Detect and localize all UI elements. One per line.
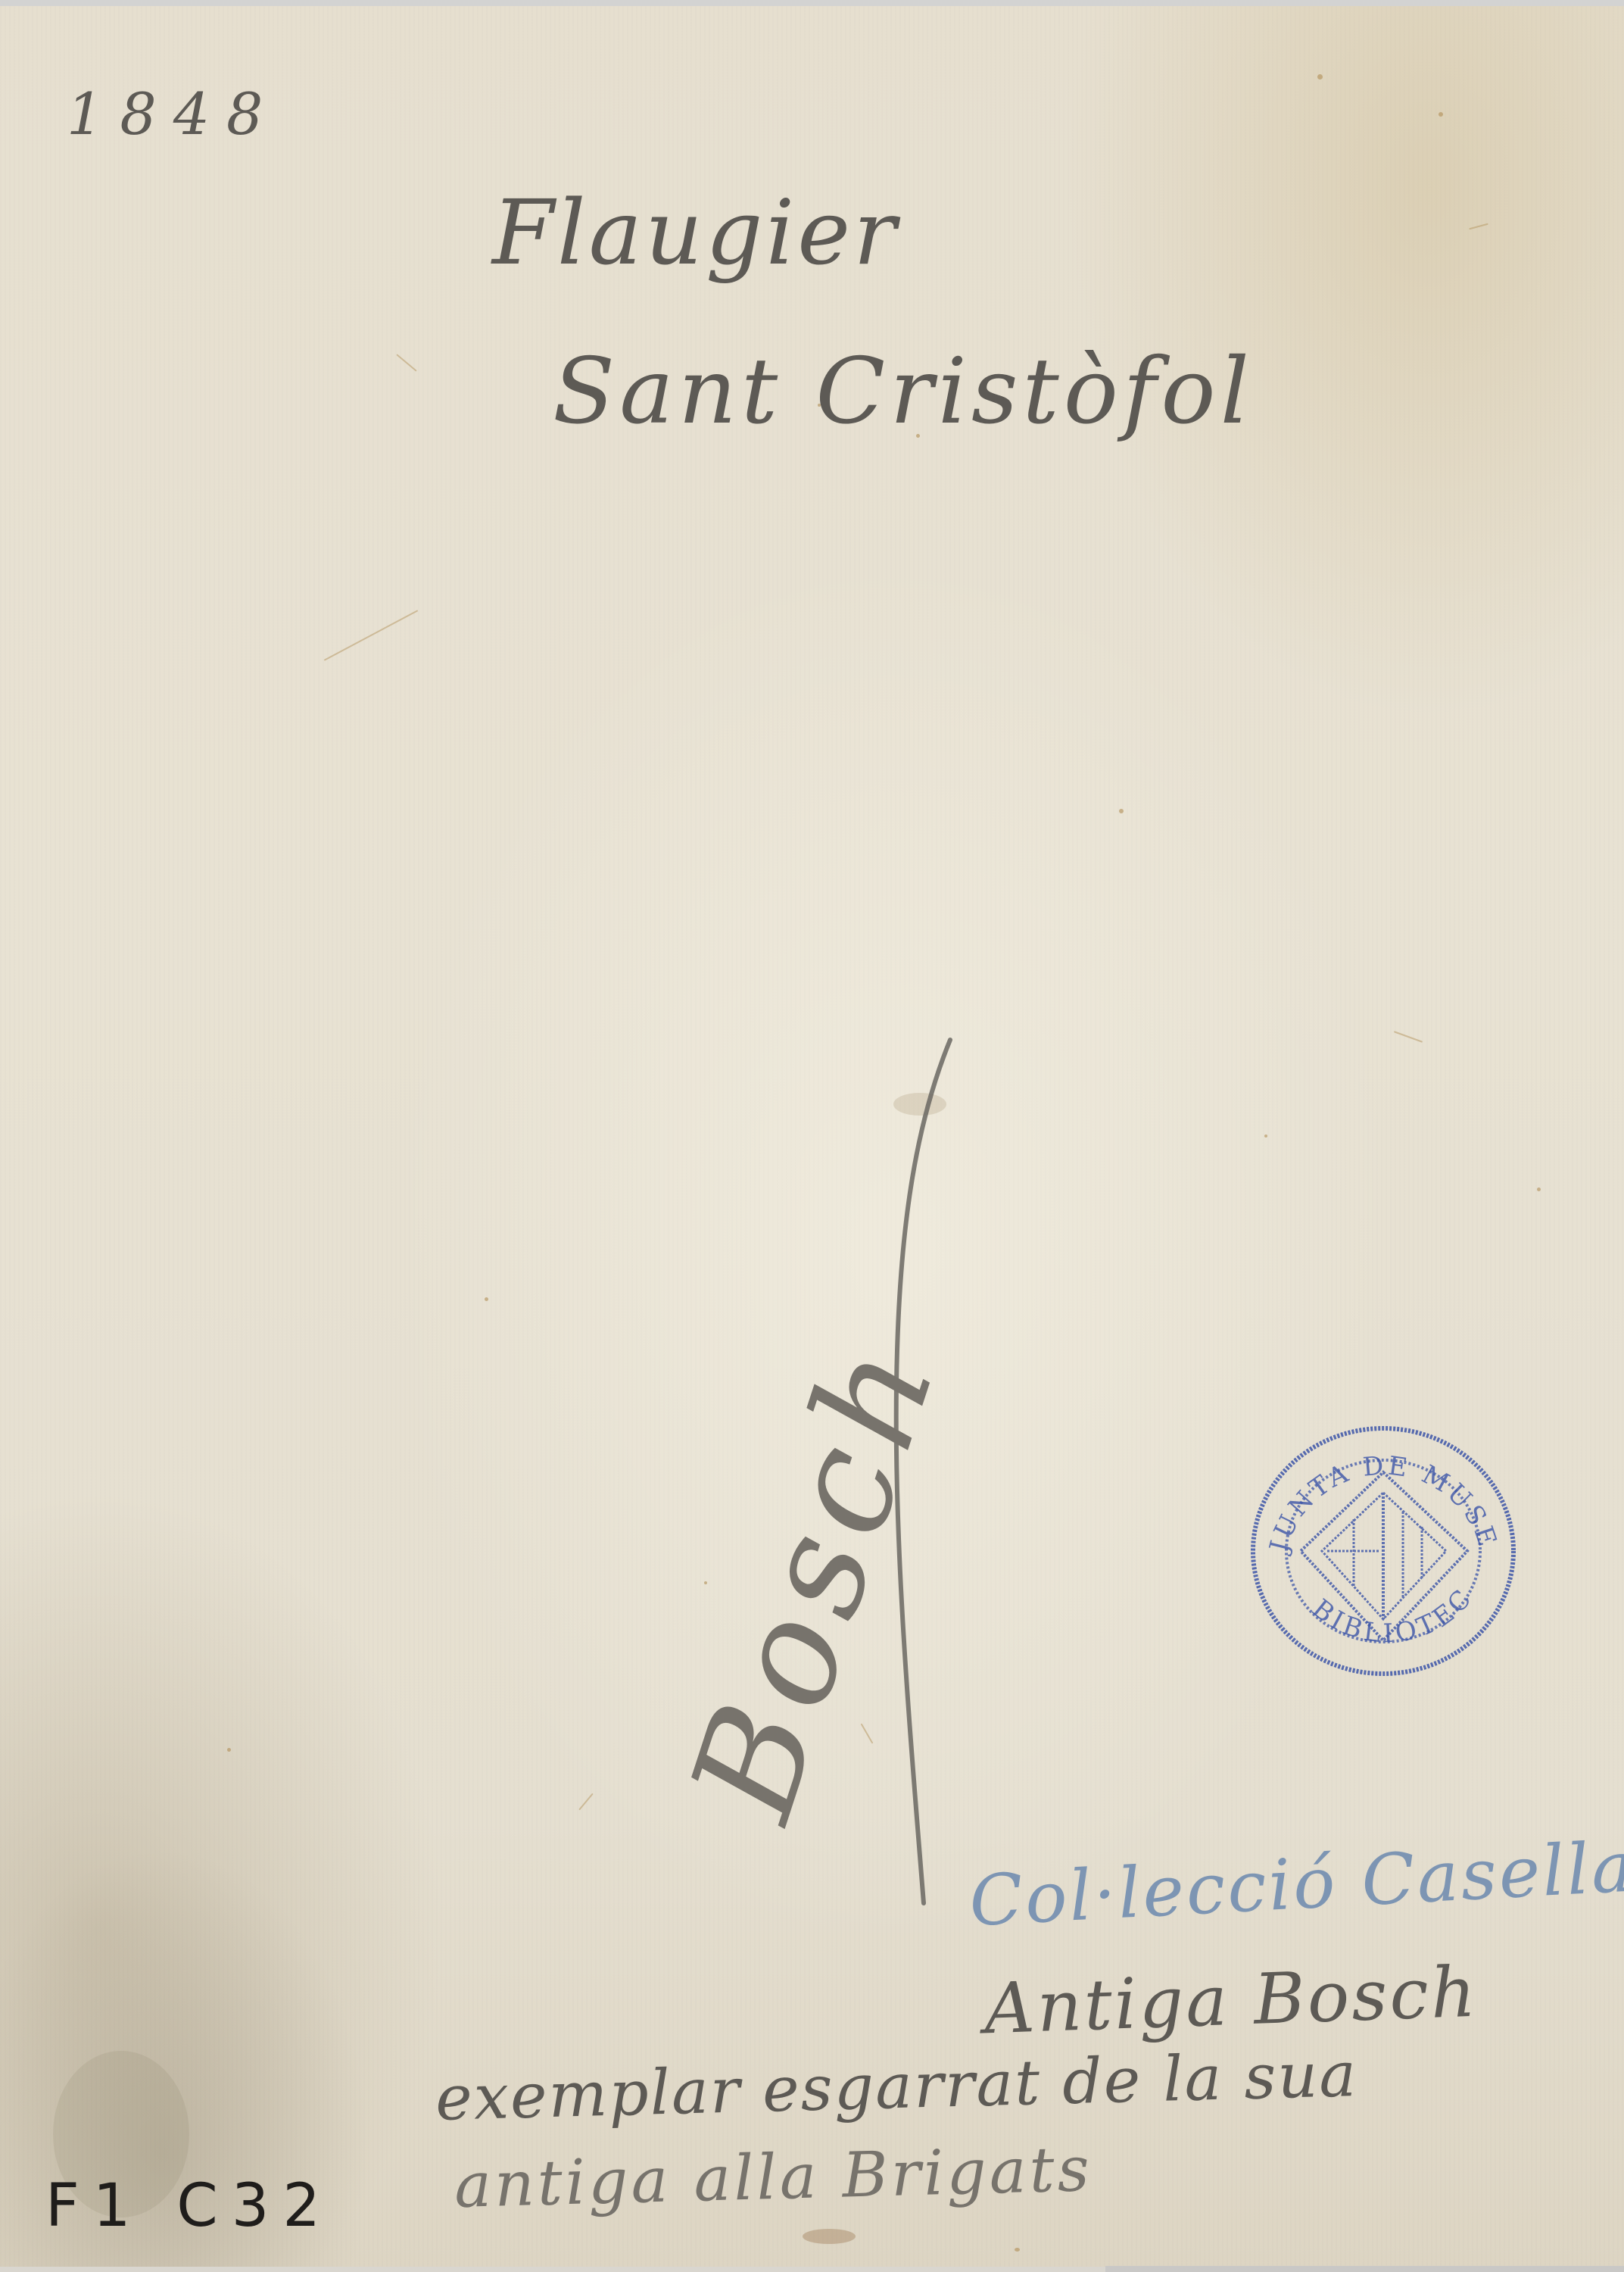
- paper-speck: [1119, 809, 1124, 813]
- catalogue-number: F1 C32: [45, 2172, 334, 2240]
- paper-speck: [1537, 1187, 1541, 1191]
- scan-border-top: [0, 0, 1624, 6]
- paper-speck: [227, 1748, 231, 1752]
- provenance-line-2: exemplar esgarrat de la sua: [435, 2039, 1358, 2135]
- artist-name-annotation: Flaugier: [492, 180, 899, 285]
- paper-speck: [485, 1297, 488, 1301]
- paper-speck: [1439, 112, 1443, 117]
- subject-title-annotation: Sant Cristòfol: [553, 339, 1254, 445]
- year-annotation: 1848: [67, 80, 279, 148]
- paper-speck: [1015, 2248, 1020, 2252]
- scan-border-bottom: [1105, 2266, 1624, 2272]
- paper-fiber: [578, 1793, 594, 1811]
- paper-sheet: 1848 Flaugier Sant Cristòfol Bosch JUNTA…: [0, 6, 1624, 2267]
- paper-fiber: [396, 354, 416, 371]
- stamp-top-text: JUNTA DE MUSEUS: [1248, 1421, 1504, 1557]
- paper-fiber: [1469, 223, 1488, 230]
- paper-speck: [1264, 1134, 1267, 1138]
- paper-speck: [704, 1581, 707, 1584]
- collection-note: Col·lecció Casellas: [968, 1824, 1624, 1943]
- paper-speck: [1317, 74, 1323, 80]
- provenance-line-3: antiga alla Brigats: [454, 2133, 1093, 2222]
- library-stamp: JUNTA DE MUSEUS BIBLIOTECA: [1248, 1421, 1519, 1681]
- paper-fiber: [324, 610, 419, 660]
- paper-stain: [803, 2229, 856, 2244]
- provenance-line-1: Antiga Bosch: [983, 1952, 1479, 2050]
- paper-fiber: [1394, 1031, 1423, 1043]
